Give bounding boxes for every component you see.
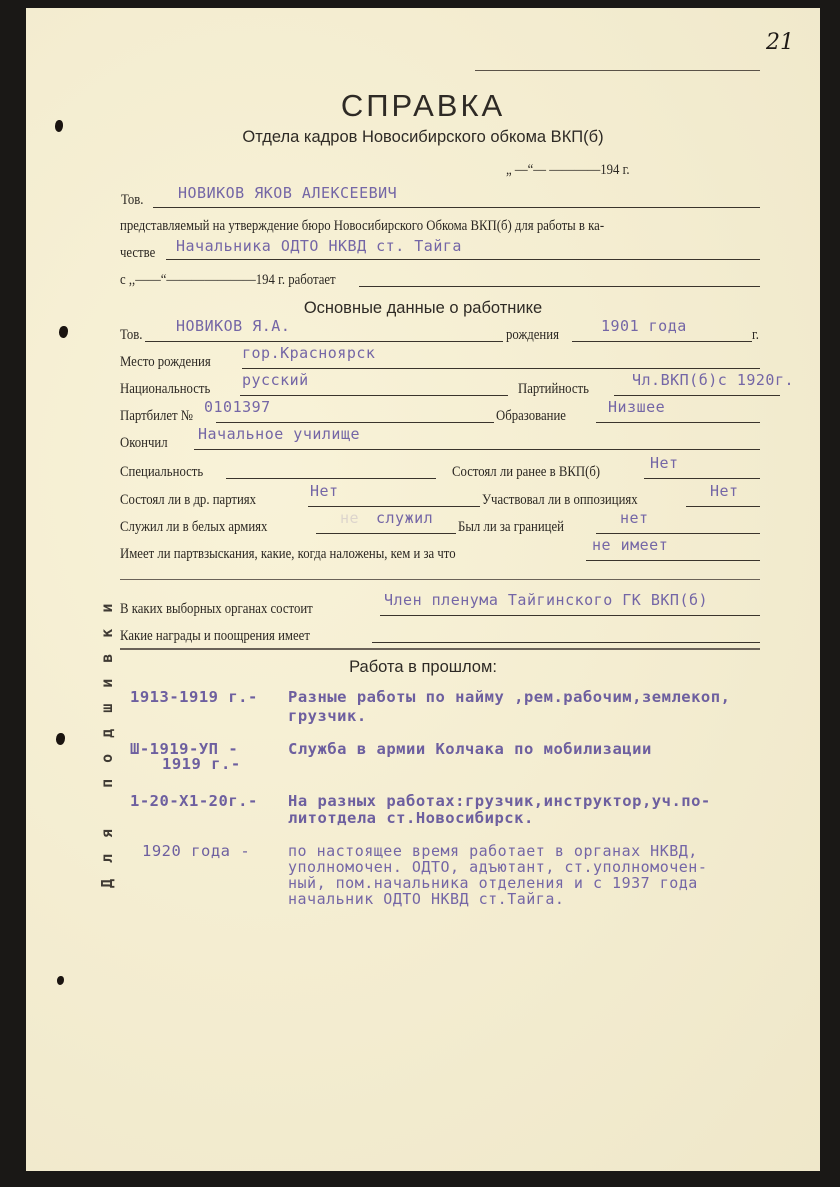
rule (614, 395, 780, 396)
rule (120, 579, 760, 580)
education-value: Низшее (608, 398, 665, 416)
rule (359, 286, 760, 287)
name-label: Тов. (120, 327, 142, 344)
capacity-value: Начальника ОДТО НКВД ст. Тайга (176, 237, 462, 255)
work-description: Служба в армии Колчака по мобилизации (288, 740, 652, 758)
elected-value: Член пленума Тайгинского ГК ВКП(б) (384, 591, 708, 609)
work-period: 1913-1919 г.- (130, 688, 258, 706)
card-value: 0101397 (204, 398, 271, 416)
since-text: с ,,——“———————194 г. работает (120, 272, 336, 289)
rule (316, 533, 456, 534)
rule (240, 395, 508, 396)
other-parties-value: Нет (310, 482, 339, 500)
white-army-label: Служил ли в белых армиях (120, 519, 267, 536)
work-period: 1919 г.- (162, 755, 241, 773)
rule (596, 533, 760, 534)
punch-hole (57, 976, 64, 985)
name-value: НОВИКОВ Я.А. (176, 317, 290, 335)
work-description: литотдела ст.Новосибирск. (288, 809, 534, 827)
opposition-value: Нет (710, 482, 739, 500)
prior-vkp-value: Нет (650, 454, 679, 472)
work-description: На разных работах:грузчик,инструктор,уч.… (288, 792, 711, 810)
work-history-heading: Работа в прошлом: (26, 658, 820, 677)
capacity-label: честве (120, 245, 155, 262)
rule (153, 207, 760, 208)
work-description: начальник ОДТО НКВД ст.Тайга. (288, 890, 564, 908)
opposition-label: Участвовал ли в оппозициях (482, 492, 638, 509)
penalties-label: Имеет ли партвзыскания, какие, когда нал… (120, 546, 456, 563)
specialty-label: Специальность (120, 464, 203, 481)
rule (242, 368, 760, 369)
abroad-value: нет (620, 509, 649, 527)
work-period: 1-20-Х1-20г.- (130, 792, 258, 810)
nationality-value: русский (242, 371, 309, 389)
work-period: 1920 года - (142, 842, 250, 860)
birthplace-value: гор.Красноярск (242, 344, 375, 362)
graduated-value: Начальное училище (198, 425, 360, 443)
birth-suffix: г. (752, 327, 759, 344)
other-parties-label: Состоял ли в др. партиях (120, 492, 256, 509)
education-label: Образование (496, 408, 566, 425)
punch-hole (56, 733, 65, 745)
document-title: СПРАВКА (26, 88, 820, 124)
rule (120, 648, 760, 650)
comrade-label: Тов. (121, 192, 143, 209)
rule (372, 642, 760, 643)
birth-label: рождения (506, 327, 559, 344)
party-value: Чл.ВКП(б)с 1920г. (632, 371, 794, 389)
margin-note: Для подшивки (98, 588, 116, 888)
rule (166, 259, 760, 260)
card-label: Партбилет № (120, 408, 193, 425)
page-number: 21 (766, 30, 794, 55)
rule (644, 478, 760, 479)
rule (686, 506, 760, 507)
rule (194, 449, 760, 450)
awards-label: Какие награды и поощрения имеет (120, 628, 310, 645)
birthplace-label: Место рождения (120, 354, 211, 371)
document-subtitle: Отдела кадров Новосибирского обкома ВКП(… (26, 128, 820, 147)
party-label: Партийность (518, 381, 589, 398)
presented-text: представляемый на утверждение бюро Новос… (120, 218, 604, 235)
date-line: „ —“— ————194 г. (506, 162, 630, 179)
abroad-label: Был ли за границей (458, 519, 564, 536)
birth-value: 1901 года (601, 317, 687, 335)
rule (216, 422, 494, 423)
document-page: 21 Для подшивки СПРАВКА Отдела кадров Но… (26, 8, 820, 1171)
rule (145, 341, 503, 342)
penalties-value: не имеет (592, 536, 668, 554)
rule (596, 422, 760, 423)
comrade-name: НОВИКОВ ЯКОВ АЛЕКСЕЕВИЧ (178, 184, 397, 202)
work-description: Разные работы по найму ,рем.рабочим,земл… (288, 688, 730, 706)
rule (572, 341, 752, 342)
punch-hole (59, 326, 68, 338)
rule (308, 506, 480, 507)
work-description: грузчик. (288, 707, 367, 725)
prior-vkp-label: Состоял ли ранее в ВКП(б) (452, 464, 600, 481)
elected-label: В каких выборных органах состоит (120, 601, 313, 618)
nationality-label: Национальность (120, 381, 210, 398)
graduated-label: Окончил (120, 435, 168, 452)
white-army-value: служил (376, 509, 433, 527)
basic-data-heading: Основные данные о работнике (26, 299, 820, 318)
rule (226, 478, 436, 479)
rule (586, 560, 760, 561)
white-army-value-faint: не (340, 509, 359, 527)
top-rule (475, 70, 760, 71)
rule (380, 615, 760, 616)
